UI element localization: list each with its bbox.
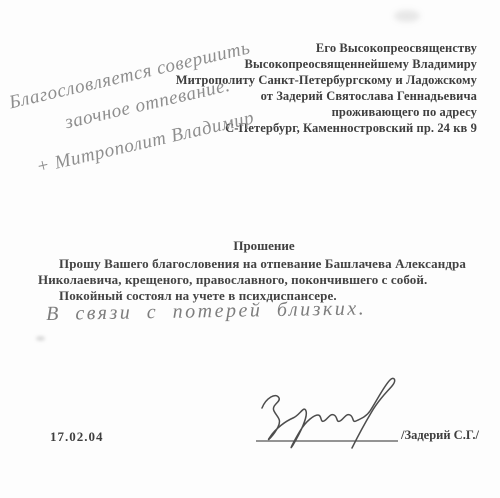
petition-body-line: Прошу Вашего благословения на отпевание … bbox=[38, 256, 478, 272]
handwritten-reason-note: В связи с потерей близких. bbox=[46, 297, 366, 326]
scanned-petition-document: Его Высокопреосвященству Высокопреосвяще… bbox=[0, 0, 500, 498]
signature-ink bbox=[262, 378, 395, 448]
document-date: 17.02.04 bbox=[50, 429, 104, 445]
signature-block bbox=[248, 372, 400, 454]
petition-body-line: Николаевича, крещеного, православного, п… bbox=[38, 272, 478, 288]
petition-title: Прошение bbox=[0, 238, 500, 254]
handwritten-resolution: Благословляется совершить заочное отпева… bbox=[6, 32, 269, 186]
scan-smudge bbox=[394, 10, 420, 22]
signee-name: /Задерий С.Г./ bbox=[401, 428, 479, 443]
petition-body: Прошу Вашего благословения на отпевание … bbox=[38, 256, 478, 303]
scan-smudge bbox=[36, 336, 45, 341]
